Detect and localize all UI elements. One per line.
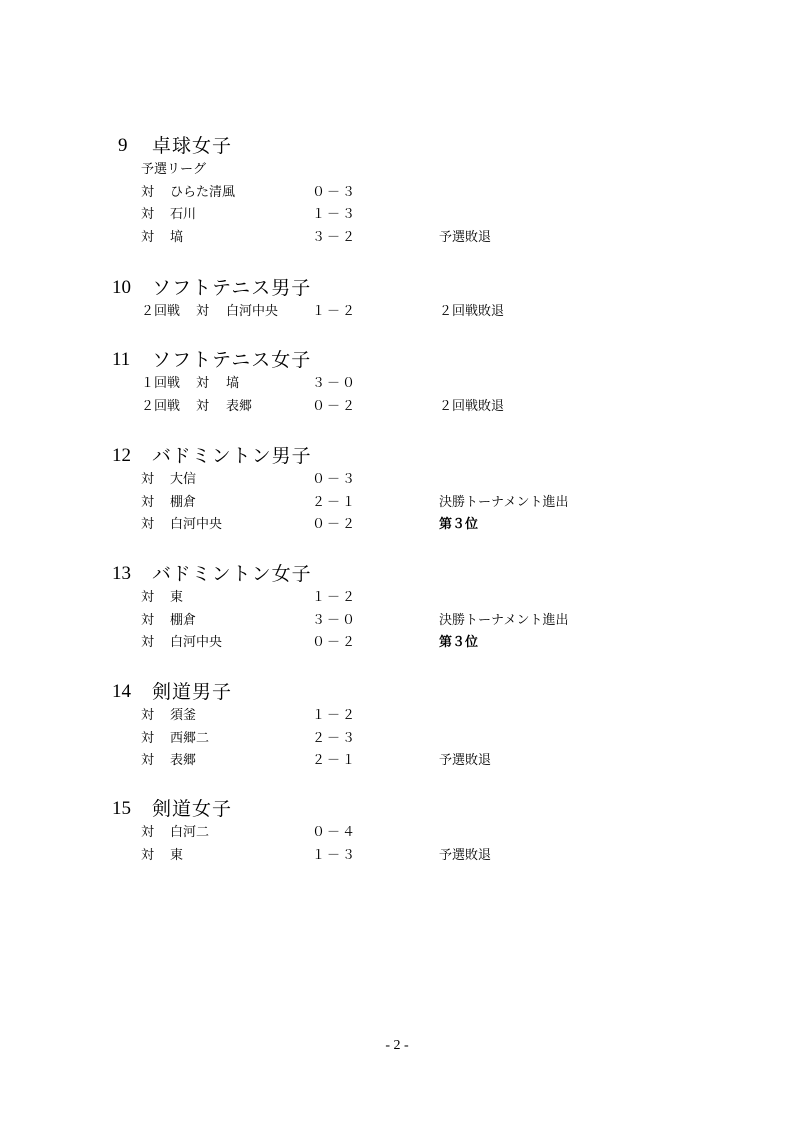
vs-label: 対 — [141, 705, 154, 728]
opponent: 表郷 — [226, 396, 252, 419]
result-placement: 第３位 — [439, 514, 478, 537]
section-number: 13 — [112, 561, 131, 587]
score: ０－２ — [312, 514, 357, 537]
opponent: 須釜 — [170, 705, 196, 728]
section-title: 剣道女子 — [152, 796, 232, 822]
section-number: 9 — [118, 133, 128, 159]
section-heading: 13 バドミントン女子 — [112, 561, 712, 587]
vs-label: 対 — [141, 182, 154, 205]
opponent: 石川 — [170, 204, 196, 227]
score: ３－０ — [312, 373, 357, 396]
section-heading: 12 バドミントン男子 — [112, 443, 712, 469]
round: ２回戦 — [141, 301, 180, 324]
section-number: 11 — [112, 347, 130, 373]
vs-label: 対 — [141, 845, 154, 868]
section-title: バドミントン男子 — [152, 443, 312, 469]
result: ２回戦敗退 — [439, 301, 504, 324]
section-heading: 14 剣道男子 — [112, 679, 712, 705]
section-kendo-boys: 14 剣道男子 対 須釜 １－２ 対 西郷二 ２－３ 対 表郷 ２－１ 予選敗退 — [112, 679, 712, 773]
match-row: 対 東 １－２ — [112, 587, 712, 610]
vs-label: 対 — [141, 492, 154, 515]
section-number: 15 — [112, 796, 131, 822]
result: 決勝トーナメント進出 — [439, 492, 568, 515]
score: ３－０ — [312, 610, 357, 633]
result: 決勝トーナメント進出 — [439, 610, 568, 633]
score: ０－３ — [312, 182, 357, 205]
vs-label: 対 — [196, 373, 209, 396]
match-row: ２回戦 対 白河中央 １－２ ２回戦敗退 — [112, 301, 712, 324]
score: ０－３ — [312, 469, 357, 492]
match-row: ２回戦 対 表郷 ０－２ ２回戦敗退 — [112, 396, 712, 419]
score: ０－２ — [312, 396, 357, 419]
result-placement: 第３位 — [439, 632, 478, 655]
round: ２回戦 — [141, 396, 180, 419]
result: 予選敗退 — [439, 227, 491, 250]
opponent: ひらた清風 — [170, 182, 235, 205]
match-row: 対 須釜 １－２ — [112, 705, 712, 728]
score: １－３ — [312, 845, 357, 868]
vs-label: 対 — [141, 632, 154, 655]
section-title: 卓球女子 — [152, 133, 232, 159]
match-row: 対 表郷 ２－１ 予選敗退 — [112, 750, 712, 773]
result: 予選敗退 — [439, 750, 491, 773]
opponent: 白河二 — [170, 822, 209, 845]
vs-label: 対 — [141, 227, 154, 250]
section-number: 14 — [112, 679, 131, 705]
match-row: 対 白河中央 ０－２ 第３位 — [112, 514, 712, 537]
opponent: 西郷二 — [170, 728, 209, 751]
match-row: 対 大信 ０－３ — [112, 469, 712, 492]
opponent: 棚倉 — [170, 610, 196, 633]
match-row: 対 白河二 ０－４ — [112, 822, 712, 845]
page-number: - 2 - — [0, 1038, 794, 1054]
score: ０－４ — [312, 822, 357, 845]
match-row: 対 棚倉 ３－０ 決勝トーナメント進出 — [112, 610, 712, 633]
score: ２－３ — [312, 728, 357, 751]
opponent: 白河中央 — [170, 632, 222, 655]
section-heading: 11 ソフトテニス女子 — [112, 347, 712, 373]
section-badminton-boys: 12 バドミントン男子 対 大信 ０－３ 対 棚倉 ２－１ 決勝トーナメント進出… — [112, 443, 712, 537]
match-row: 対 白河中央 ０－２ 第３位 — [112, 632, 712, 655]
section-heading: 10 ソフトテニス男子 — [112, 275, 712, 301]
section-heading: 15 剣道女子 — [112, 796, 712, 822]
opponent: 塙 — [226, 373, 239, 396]
opponent: 大信 — [170, 469, 196, 492]
score: ２－１ — [312, 492, 357, 515]
vs-label: 対 — [141, 204, 154, 227]
vs-label: 対 — [196, 396, 209, 419]
vs-label: 対 — [141, 610, 154, 633]
opponent: 棚倉 — [170, 492, 196, 515]
section-soft-tennis-girls: 11 ソフトテニス女子 １回戦 対 塙 ３－０ ２回戦 対 表郷 ０－２ ２回戦… — [112, 347, 712, 418]
score: １－３ — [312, 204, 357, 227]
match-row: 対 石川 １－３ — [112, 204, 712, 227]
section-title: 剣道男子 — [152, 679, 232, 705]
vs-label: 対 — [141, 587, 154, 610]
score: １－２ — [312, 705, 357, 728]
match-row: 対 塙 ３－２ 予選敗退 — [112, 227, 712, 250]
result: 予選敗退 — [439, 845, 491, 868]
opponent: 表郷 — [170, 750, 196, 773]
opponent: 塙 — [170, 227, 183, 250]
opponent: 白河中央 — [170, 514, 222, 537]
vs-label: 対 — [141, 514, 154, 537]
section-heading: 9 卓球女子 — [112, 133, 712, 159]
opponent: 東 — [170, 587, 183, 610]
result: ２回戦敗退 — [439, 396, 504, 419]
section-badminton-girls: 13 バドミントン女子 対 東 １－２ 対 棚倉 ３－０ 決勝トーナメント進出 … — [112, 561, 712, 655]
section-title: バドミントン女子 — [152, 561, 312, 587]
vs-label: 対 — [141, 728, 154, 751]
section-number: 12 — [112, 443, 131, 469]
section-soft-tennis-boys: 10 ソフトテニス男子 ２回戦 対 白河中央 １－２ ２回戦敗退 — [112, 275, 712, 324]
score: ２－１ — [312, 750, 357, 773]
subheading-row: 予選リーグ — [112, 159, 712, 182]
vs-label: 対 — [196, 301, 209, 324]
opponent: 白河中央 — [226, 301, 278, 324]
vs-label: 対 — [141, 822, 154, 845]
score: １－２ — [312, 587, 357, 610]
match-row: 対 西郷二 ２－３ — [112, 728, 712, 751]
subheading: 予選リーグ — [141, 159, 206, 182]
match-row: 対 ひらた清風 ０－３ — [112, 182, 712, 205]
section-number: 10 — [112, 275, 131, 301]
section-title: ソフトテニス男子 — [152, 275, 311, 301]
vs-label: 対 — [141, 750, 154, 773]
score: ３－２ — [312, 227, 357, 250]
match-row: 対 棚倉 ２－１ 決勝トーナメント進出 — [112, 492, 712, 515]
section-title: ソフトテニス女子 — [152, 347, 311, 373]
section-table-tennis-girls: 9 卓球女子 予選リーグ 対 ひらた清風 ０－３ 対 石川 １－３ 対 塙 ３－… — [112, 133, 712, 250]
vs-label: 対 — [141, 469, 154, 492]
section-kendo-girls: 15 剣道女子 対 白河二 ０－４ 対 東 １－３ 予選敗退 — [112, 796, 712, 867]
score: ０－２ — [312, 632, 357, 655]
match-row: 対 東 １－３ 予選敗退 — [112, 845, 712, 868]
opponent: 東 — [170, 845, 183, 868]
score: １－２ — [312, 301, 357, 324]
match-row: １回戦 対 塙 ３－０ — [112, 373, 712, 396]
round: １回戦 — [141, 373, 180, 396]
